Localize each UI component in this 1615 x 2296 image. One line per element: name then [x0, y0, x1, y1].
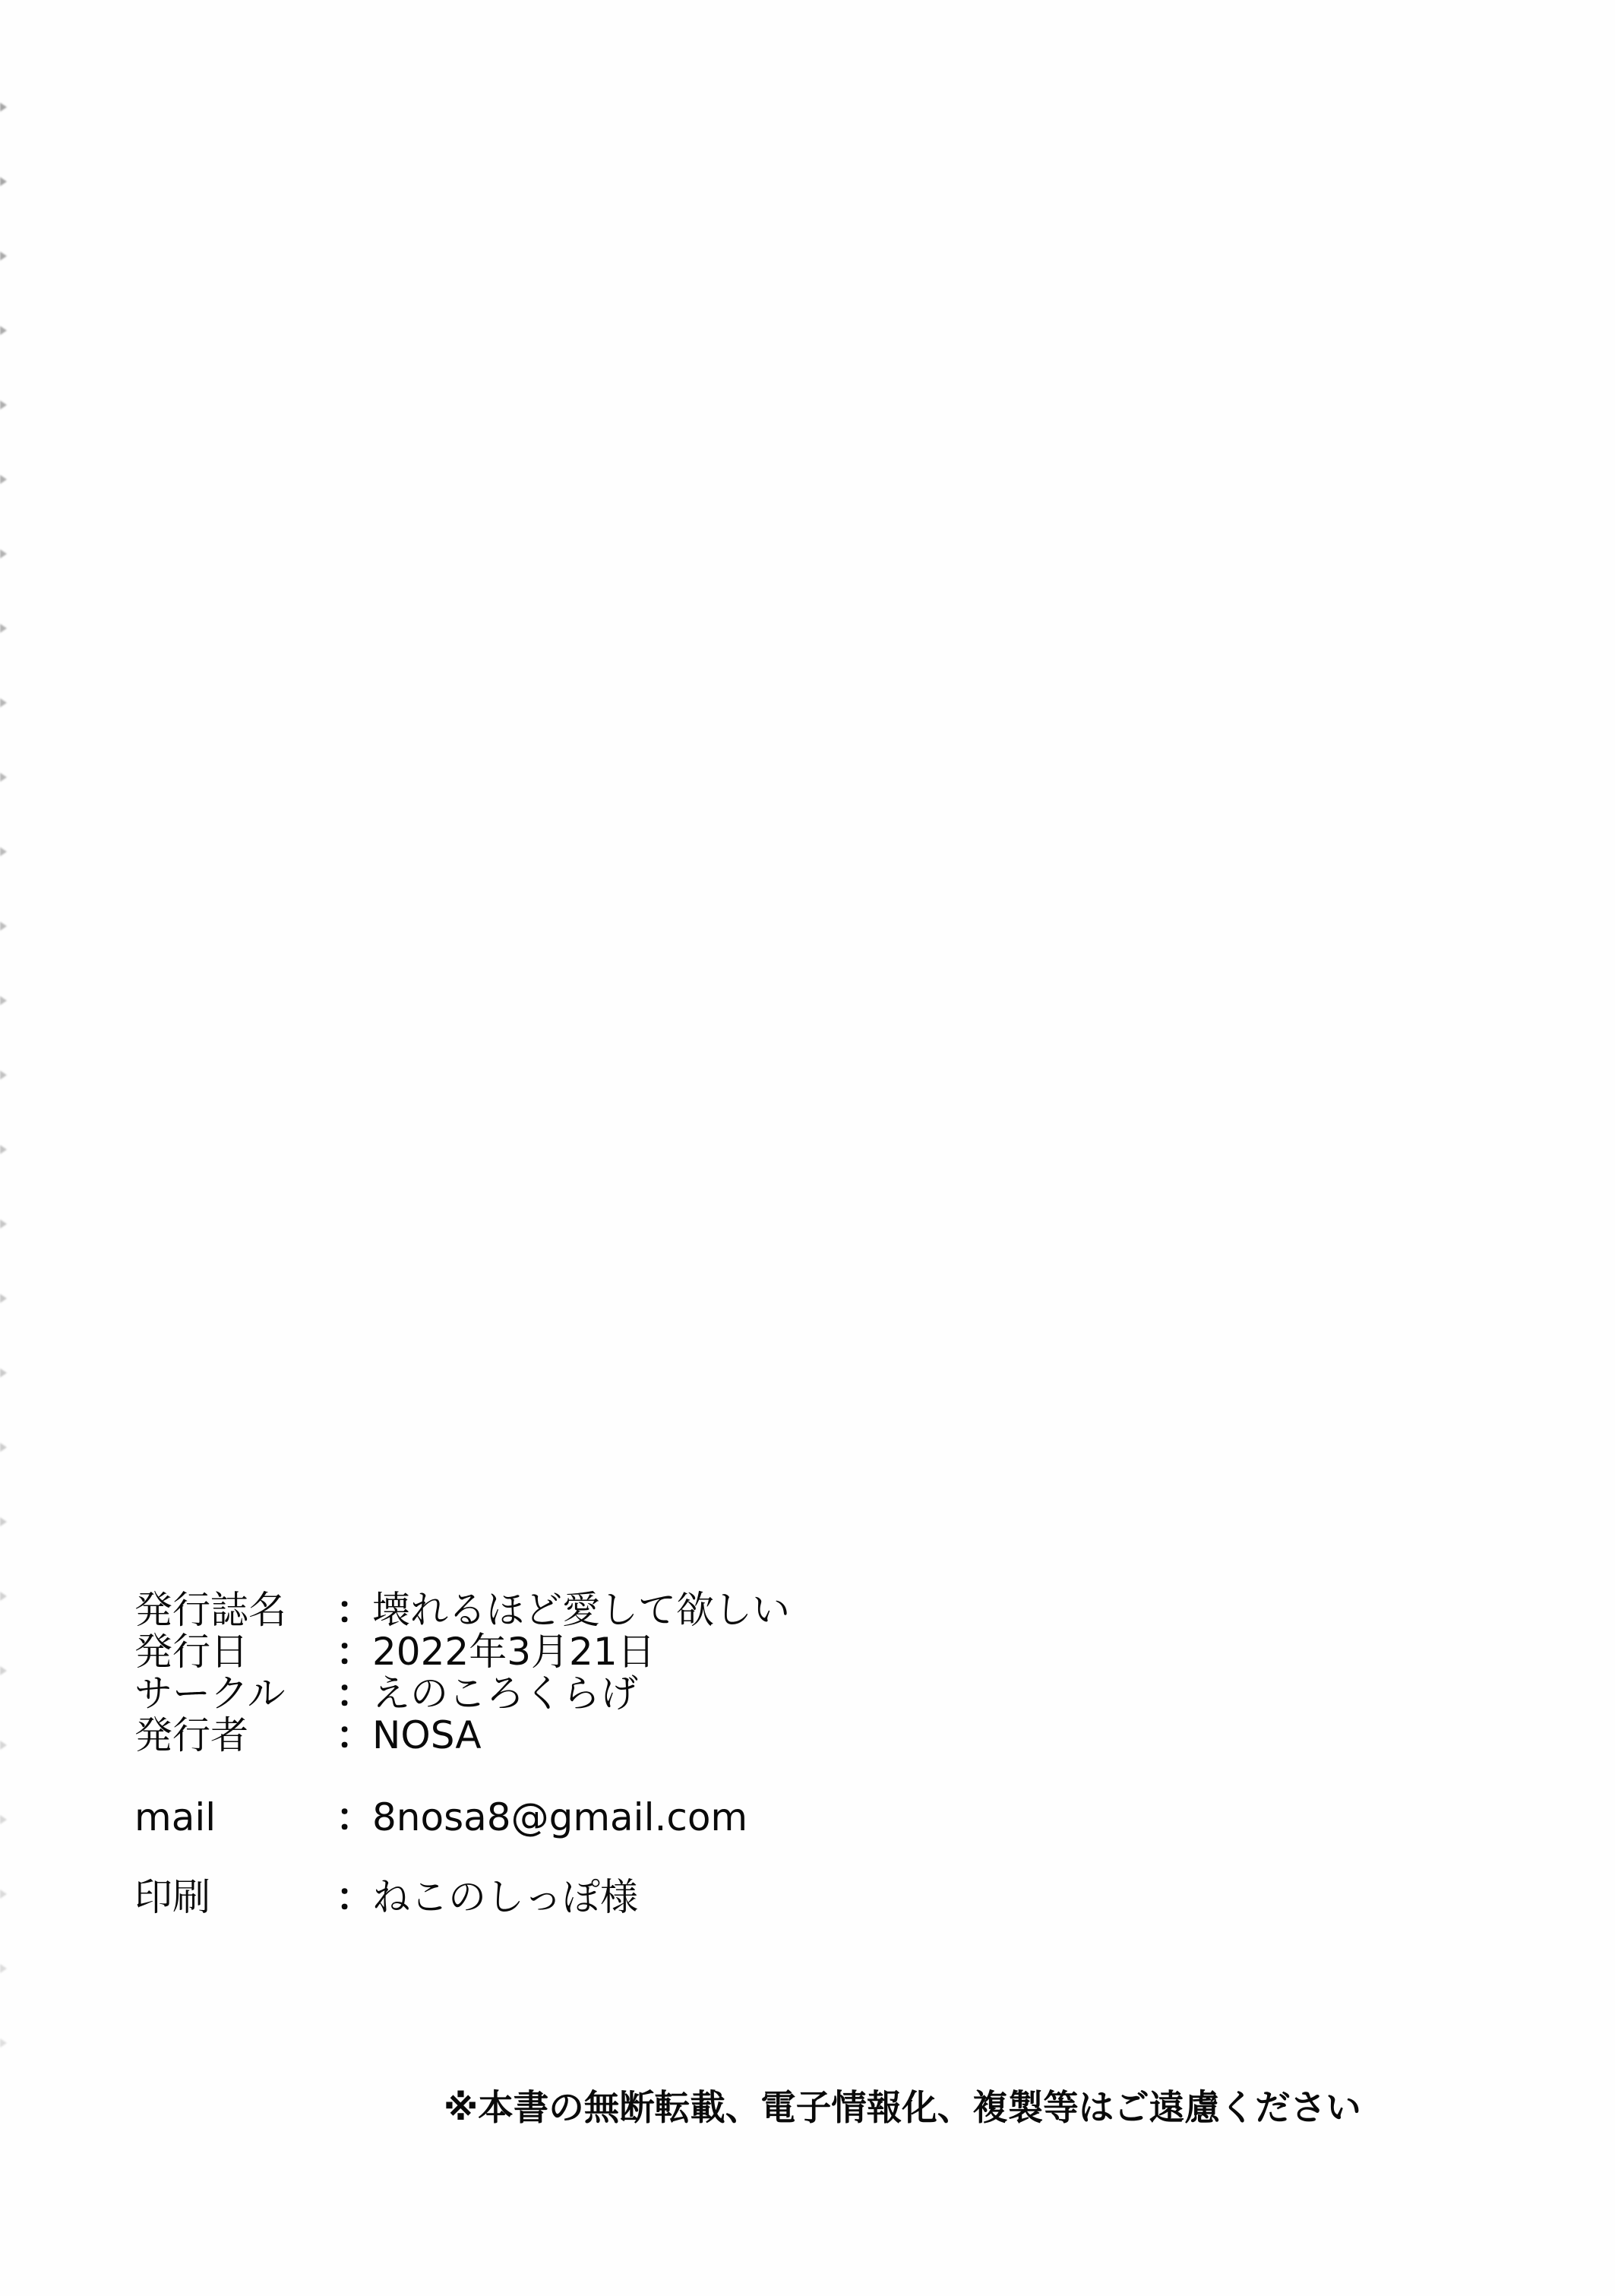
scan-mark-icon — [0, 1890, 7, 1899]
scan-mark-icon — [0, 1815, 7, 1824]
scan-mark-icon — [0, 475, 7, 484]
date-label: 発行日 — [134, 1631, 248, 1673]
scan-mark-icon — [0, 326, 7, 335]
mail-value: 8nosa8@gmail.com — [372, 1797, 747, 1839]
scan-mark-icon — [0, 251, 7, 261]
scan-mark-icon — [0, 400, 7, 410]
title-label: 発行誌名 — [134, 1589, 286, 1631]
mail-label: mail — [134, 1797, 216, 1839]
scan-mark-icon — [0, 177, 7, 186]
scan-mark-icon — [0, 1145, 7, 1154]
colophon-row-title: 発行誌名 ： 壊れるほど愛して欲しい — [134, 1589, 1046, 1631]
binding-edge-marks — [0, 0, 15, 2296]
book-colophon-page: 発行誌名 ： 壊れるほど愛して欲しい 発行日 ： 2022年3月21日 サークル… — [0, 0, 1615, 2296]
scan-mark-icon — [0, 1741, 7, 1750]
scan-mark-icon — [0, 1071, 7, 1080]
scan-mark-icon — [0, 847, 7, 856]
scan-mark-icon — [0, 1443, 7, 1452]
scan-mark-icon — [0, 2038, 7, 2048]
scan-mark-icon — [0, 996, 7, 1005]
printing-label: 印刷 — [134, 1877, 210, 1918]
scan-mark-icon — [0, 773, 7, 782]
title-value: 壊れるほど愛して欲しい — [372, 1589, 790, 1631]
circle-value: えのころくらげ — [372, 1673, 638, 1715]
date-value: 2022年3月21日 — [372, 1631, 656, 1673]
scan-mark-icon — [0, 922, 7, 931]
scan-mark-icon — [0, 1592, 7, 1601]
publisher-label: 発行者 — [134, 1715, 248, 1757]
scan-mark-icon — [0, 103, 7, 112]
colophon-row-mail: mail ： 8nosa8@gmail.com — [134, 1797, 1046, 1839]
scan-mark-icon — [0, 624, 7, 633]
separator: ： — [336, 1797, 374, 1839]
colophon-row-circle: サークル ： えのころくらげ — [134, 1673, 1046, 1715]
reproduction-notice: ※本書の無断転載、電子情報化、複製等はご遠慮ください — [444, 2085, 1477, 2130]
scan-mark-icon — [0, 1294, 7, 1303]
circle-label: サークル — [134, 1673, 286, 1715]
colophon-block: 発行誌名 ： 壊れるほど愛して欲しい 発行日 ： 2022年3月21日 サークル… — [134, 1589, 1046, 1918]
scan-mark-icon — [0, 1666, 7, 1675]
separator: ： — [336, 1631, 374, 1673]
separator: ： — [336, 1715, 374, 1757]
scan-mark-icon — [0, 1964, 7, 1973]
scan-mark-icon — [0, 1517, 7, 1526]
separator: ： — [336, 1673, 374, 1715]
printing-value: ねこのしっぽ様 — [372, 1877, 638, 1918]
scan-mark-icon — [0, 549, 7, 558]
colophon-row-publisher: 発行者 ： NOSA — [134, 1715, 1046, 1757]
colophon-row-date: 発行日 ： 2022年3月21日 — [134, 1631, 1046, 1673]
colophon-row-printing: 印刷 ： ねこのしっぽ様 — [134, 1877, 1046, 1918]
scan-mark-icon — [0, 1219, 7, 1229]
scan-mark-icon — [0, 698, 7, 707]
separator: ： — [336, 1589, 374, 1631]
publisher-value: NOSA — [372, 1715, 482, 1757]
separator: ： — [336, 1877, 374, 1918]
scan-mark-icon — [0, 1368, 7, 1377]
